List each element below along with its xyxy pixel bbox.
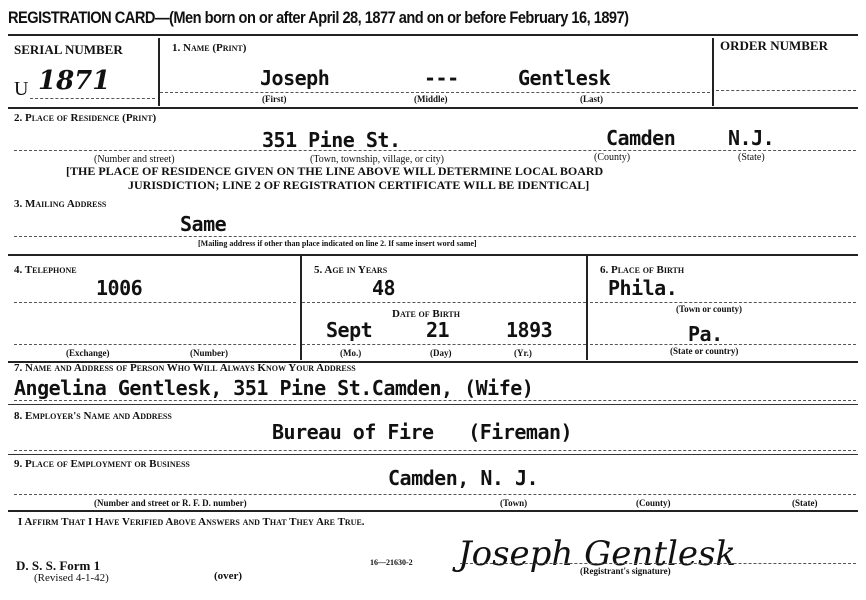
state-caption-2: (State) [792, 498, 818, 508]
residence-street-field[interactable]: 351 Pine St. [262, 128, 401, 152]
divider [14, 150, 856, 151]
divider [14, 344, 296, 345]
mailing-address-label: 3. Mailing Address [14, 198, 106, 210]
order-number-label: ORDER NUMBER [720, 38, 828, 54]
telephone-label: 4. Telephone [14, 264, 77, 276]
middle-caption: (Middle) [414, 94, 448, 104]
first-name-field[interactable]: Joseph [260, 66, 329, 90]
birth-town-field[interactable]: Phila. [608, 276, 677, 300]
card-title: REGISTRATION CARD—(Men born on or after … [8, 8, 629, 28]
divider [460, 563, 856, 564]
signature-caption: (Registrant's signature) [580, 566, 671, 576]
middle-name-field[interactable]: --- [424, 66, 459, 90]
divider [716, 90, 856, 91]
employment-place-field[interactable]: Camden, N. J. [388, 466, 538, 490]
divider [590, 302, 856, 303]
divider [302, 302, 586, 303]
divider [160, 92, 710, 93]
divider [590, 344, 856, 345]
number-caption: (Number) [190, 348, 228, 358]
employer-label: 8. Employer's Name and Address [14, 410, 172, 422]
serial-number-label: SERIAL NUMBER [14, 42, 123, 58]
divider [712, 38, 714, 106]
exchange-caption: (Exchange) [66, 348, 110, 358]
birth-year-field[interactable]: 1893 [506, 318, 552, 342]
county-caption: (County) [594, 152, 630, 163]
month-caption: (Mo.) [340, 348, 361, 358]
day-caption: (Day) [430, 348, 452, 358]
contact-person-field[interactable]: Angelina Gentlesk, 351 Pine St.Camden, (… [14, 376, 533, 400]
divider [14, 450, 856, 451]
over-text: (over) [214, 570, 242, 582]
divider [30, 98, 155, 99]
divider [158, 38, 160, 106]
divider [8, 107, 858, 109]
contact-person-label: 7. Name and Address of Person Who Will A… [14, 362, 356, 374]
divider [8, 254, 858, 256]
residence-label: 2. Place of Residence (Print) [14, 112, 156, 124]
serial-prefix: U [14, 78, 28, 101]
divider [14, 302, 296, 303]
state-caption: (State) [738, 152, 765, 163]
last-caption: (Last) [580, 94, 603, 104]
mailing-address-field[interactable]: Same [180, 212, 226, 236]
age-label: 5. Age in Years [314, 264, 387, 276]
rfd-caption: (Number and street or R. F. D. number) [94, 498, 247, 508]
divider [8, 404, 858, 405]
divider [8, 454, 858, 455]
divider [586, 256, 588, 360]
year-caption: (Yr.) [514, 348, 532, 358]
jurisdiction-notice-line2: JURISDICTION; LINE 2 OF REGISTRATION CER… [128, 178, 589, 193]
serial-number-field[interactable]: 1871 [38, 66, 110, 96]
divider [8, 510, 858, 512]
divider [302, 344, 586, 345]
residence-state-field[interactable]: N.J. [728, 126, 774, 150]
print-code: 16—21630-2 [370, 558, 413, 567]
mailing-caption: [Mailing address if other than place ind… [198, 239, 477, 248]
first-caption: (First) [262, 94, 287, 104]
age-field[interactable]: 48 [372, 276, 395, 300]
birth-day-field[interactable]: 21 [426, 318, 449, 342]
telephone-field[interactable]: 1006 [96, 276, 142, 300]
affirmation-text: I Affirm That I Have Verified Above Answ… [18, 516, 365, 528]
birthplace-label: 6. Place of Birth [600, 264, 684, 276]
state-or-country-caption: (State or country) [670, 346, 738, 356]
county-caption-2: (County) [636, 498, 671, 508]
birth-month-field[interactable]: Sept [326, 318, 372, 342]
last-name-field[interactable]: Gentlesk [518, 66, 610, 90]
form-revised: (Revised 4-1-42) [34, 572, 109, 584]
town-or-county-caption: (Town or county) [676, 304, 742, 314]
employment-place-label: 9. Place of Employment or Business [14, 458, 190, 470]
divider [8, 34, 858, 36]
birth-state-field[interactable]: Pa. [688, 322, 723, 346]
divider [14, 400, 856, 401]
town-caption-2: (Town) [500, 498, 527, 508]
divider [14, 494, 856, 495]
residence-county-field[interactable]: Camden [606, 126, 675, 150]
divider [14, 236, 856, 237]
jurisdiction-notice-line1: [THE PLACE OF RESIDENCE GIVEN ON THE LIN… [66, 164, 603, 179]
name-label: 1. Name (Print) [172, 42, 246, 54]
employer-field[interactable]: Bureau of Fire (Fireman) [272, 420, 572, 444]
